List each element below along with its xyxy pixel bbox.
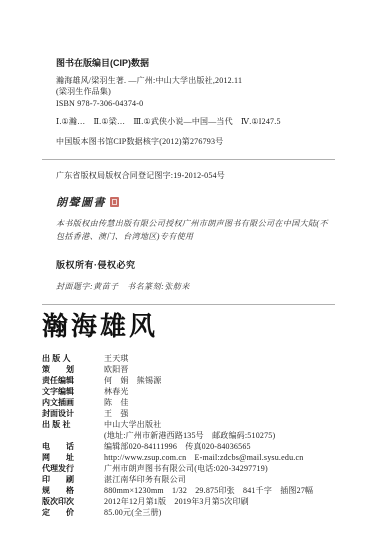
colophon-value: 林春光: [104, 386, 335, 397]
colophon-value: 85.00元(全三册): [104, 507, 335, 518]
colophon-row-address: (地址:广州市新港西路135号 邮政编码:510275): [42, 430, 335, 441]
colophon-label: 网 址: [42, 452, 104, 463]
colophon-label: 内文插画: [42, 397, 104, 408]
publisher-seal-icon: [110, 197, 119, 207]
colophon-value: 湛江南华印务有限公司: [104, 474, 335, 485]
colophon-row: 策 划 欧阳晋: [42, 364, 335, 375]
divider-bottom: [42, 304, 335, 305]
cip-classification-line: Ⅰ.①瀚… Ⅱ.①梁… Ⅲ.①武侠小说—中国—当代 Ⅳ.①I247.5: [56, 117, 335, 128]
colophon-value: 王天琪: [104, 353, 335, 364]
colophon-row: 网 址 http://www.zsup.com.cn E-mail:zdcbs@…: [42, 452, 335, 463]
colophon-list: 出 版 人 王天琪 策 划 欧阳晋 责任编辑 何 娟 熊锡源 文字编辑 林春光 …: [42, 353, 335, 518]
divider-top: [42, 159, 335, 160]
colophon-value: 广州市朗声图书有限公司(电话:020-34297719): [104, 463, 335, 474]
colophon-row: 版次印次 2012年12月第1版 2019年3月第5次印刷: [42, 496, 335, 507]
rights-notice: 本书版权由传慧出版有限公司授权广州市朗声图书有限公司在中国大陆(不包括香港、澳门…: [56, 217, 328, 243]
colophon-row: 责任编辑 何 娟 熊锡源: [42, 375, 335, 386]
cip-entry-line: 瀚海雄风/梁羽生著. —广州:中山大学出版社,2012.11: [56, 76, 335, 87]
colophon-label: 版次印次: [42, 496, 104, 507]
book-title: 瀚海雄风: [42, 310, 335, 344]
colophon-row: 印 刷 湛江南华印务有限公司: [42, 474, 335, 485]
colophon-row: 封面设计 王 强: [42, 408, 335, 419]
cip-registry-line: 中国版本图书馆CIP数据核字(2012)第276793号: [56, 137, 335, 148]
cover-credits-line: 封面题字:黄苗子 书名篆刻:张舫来: [56, 281, 335, 292]
colophon-row: 定 价 85.00元(全三册): [42, 507, 335, 518]
cip-block: 图书在版编目(CIP)数据 瀚海雄风/梁羽生著. —广州:中山大学出版社,201…: [56, 0, 335, 148]
colophon-value: (地址:广州市新港西路135号 邮政编码:510275): [104, 430, 335, 441]
cip-series-line: (梁羽生作品集): [56, 87, 335, 98]
colophon-row: 电 话 编辑部020-84111996 传真020-84036565: [42, 441, 335, 452]
colophon-value: 2012年12月第1版 2019年3月第5次印刷: [104, 496, 335, 507]
publisher-logo: 朗聲圖書: [56, 194, 335, 210]
cip-heading: 图书在版编目(CIP)数据: [56, 56, 335, 69]
colophon-value: 编辑部020-84111996 传真020-84036565: [104, 441, 335, 452]
colophon-label: [42, 430, 104, 441]
colophon-value: 何 娟 熊锡源: [104, 375, 335, 386]
colophon-label: 电 话: [42, 441, 104, 452]
colophon-label: 规 格: [42, 485, 104, 496]
colophon-row: 文字编辑 林春光: [42, 386, 335, 397]
colophon-row: 内文插画 陈 佳: [42, 397, 335, 408]
colophon-label: 责任编辑: [42, 375, 104, 386]
colophon-value: 陈 佳: [104, 397, 335, 408]
colophon-label: 代理发行: [42, 463, 104, 474]
copyright-page: 图书在版编目(CIP)数据 瀚海雄风/梁羽生著. —广州:中山大学出版社,201…: [0, 0, 375, 536]
colophon-label: 印 刷: [42, 474, 104, 485]
cip-isbn-line: ISBN 978-7-306-04374-0: [56, 99, 335, 110]
colophon-label: 定 价: [42, 507, 104, 518]
colophon-label: 出 版 人: [42, 353, 104, 364]
colophon-value: 欧阳晋: [104, 364, 335, 375]
colophon-label: 策 划: [42, 364, 104, 375]
colophon-row: 规 格 880mm×1230mm 1/32 29.875印张 841千字 插图2…: [42, 485, 335, 496]
publisher-logo-text: 朗聲圖書: [56, 194, 106, 210]
colophon-label: 封面设计: [42, 408, 104, 419]
colophon-value: 880mm×1230mm 1/32 29.875印张 841千字 插图27幅: [104, 485, 335, 496]
colophon-value: 王 强: [104, 408, 335, 419]
colophon-row: 代理发行 广州市朗声图书有限公司(电话:020-34297719): [42, 463, 335, 474]
copyright-registration-line: 广东省版权局版权合同登记图字:19-2012-054号: [56, 170, 335, 181]
colophon-label: 出 版 社: [42, 419, 104, 430]
colophon-row: 出 版 人 王天琪: [42, 353, 335, 364]
colophon-label: 文字编辑: [42, 386, 104, 397]
colophon-row: 出 版 社 中山大学出版社: [42, 419, 335, 430]
copyright-warning: 版权所有·侵权必究: [56, 258, 335, 271]
colophon-value: http://www.zsup.com.cn E-mail:zdcbs@mail…: [104, 452, 335, 463]
colophon-value: 中山大学出版社: [104, 419, 335, 430]
